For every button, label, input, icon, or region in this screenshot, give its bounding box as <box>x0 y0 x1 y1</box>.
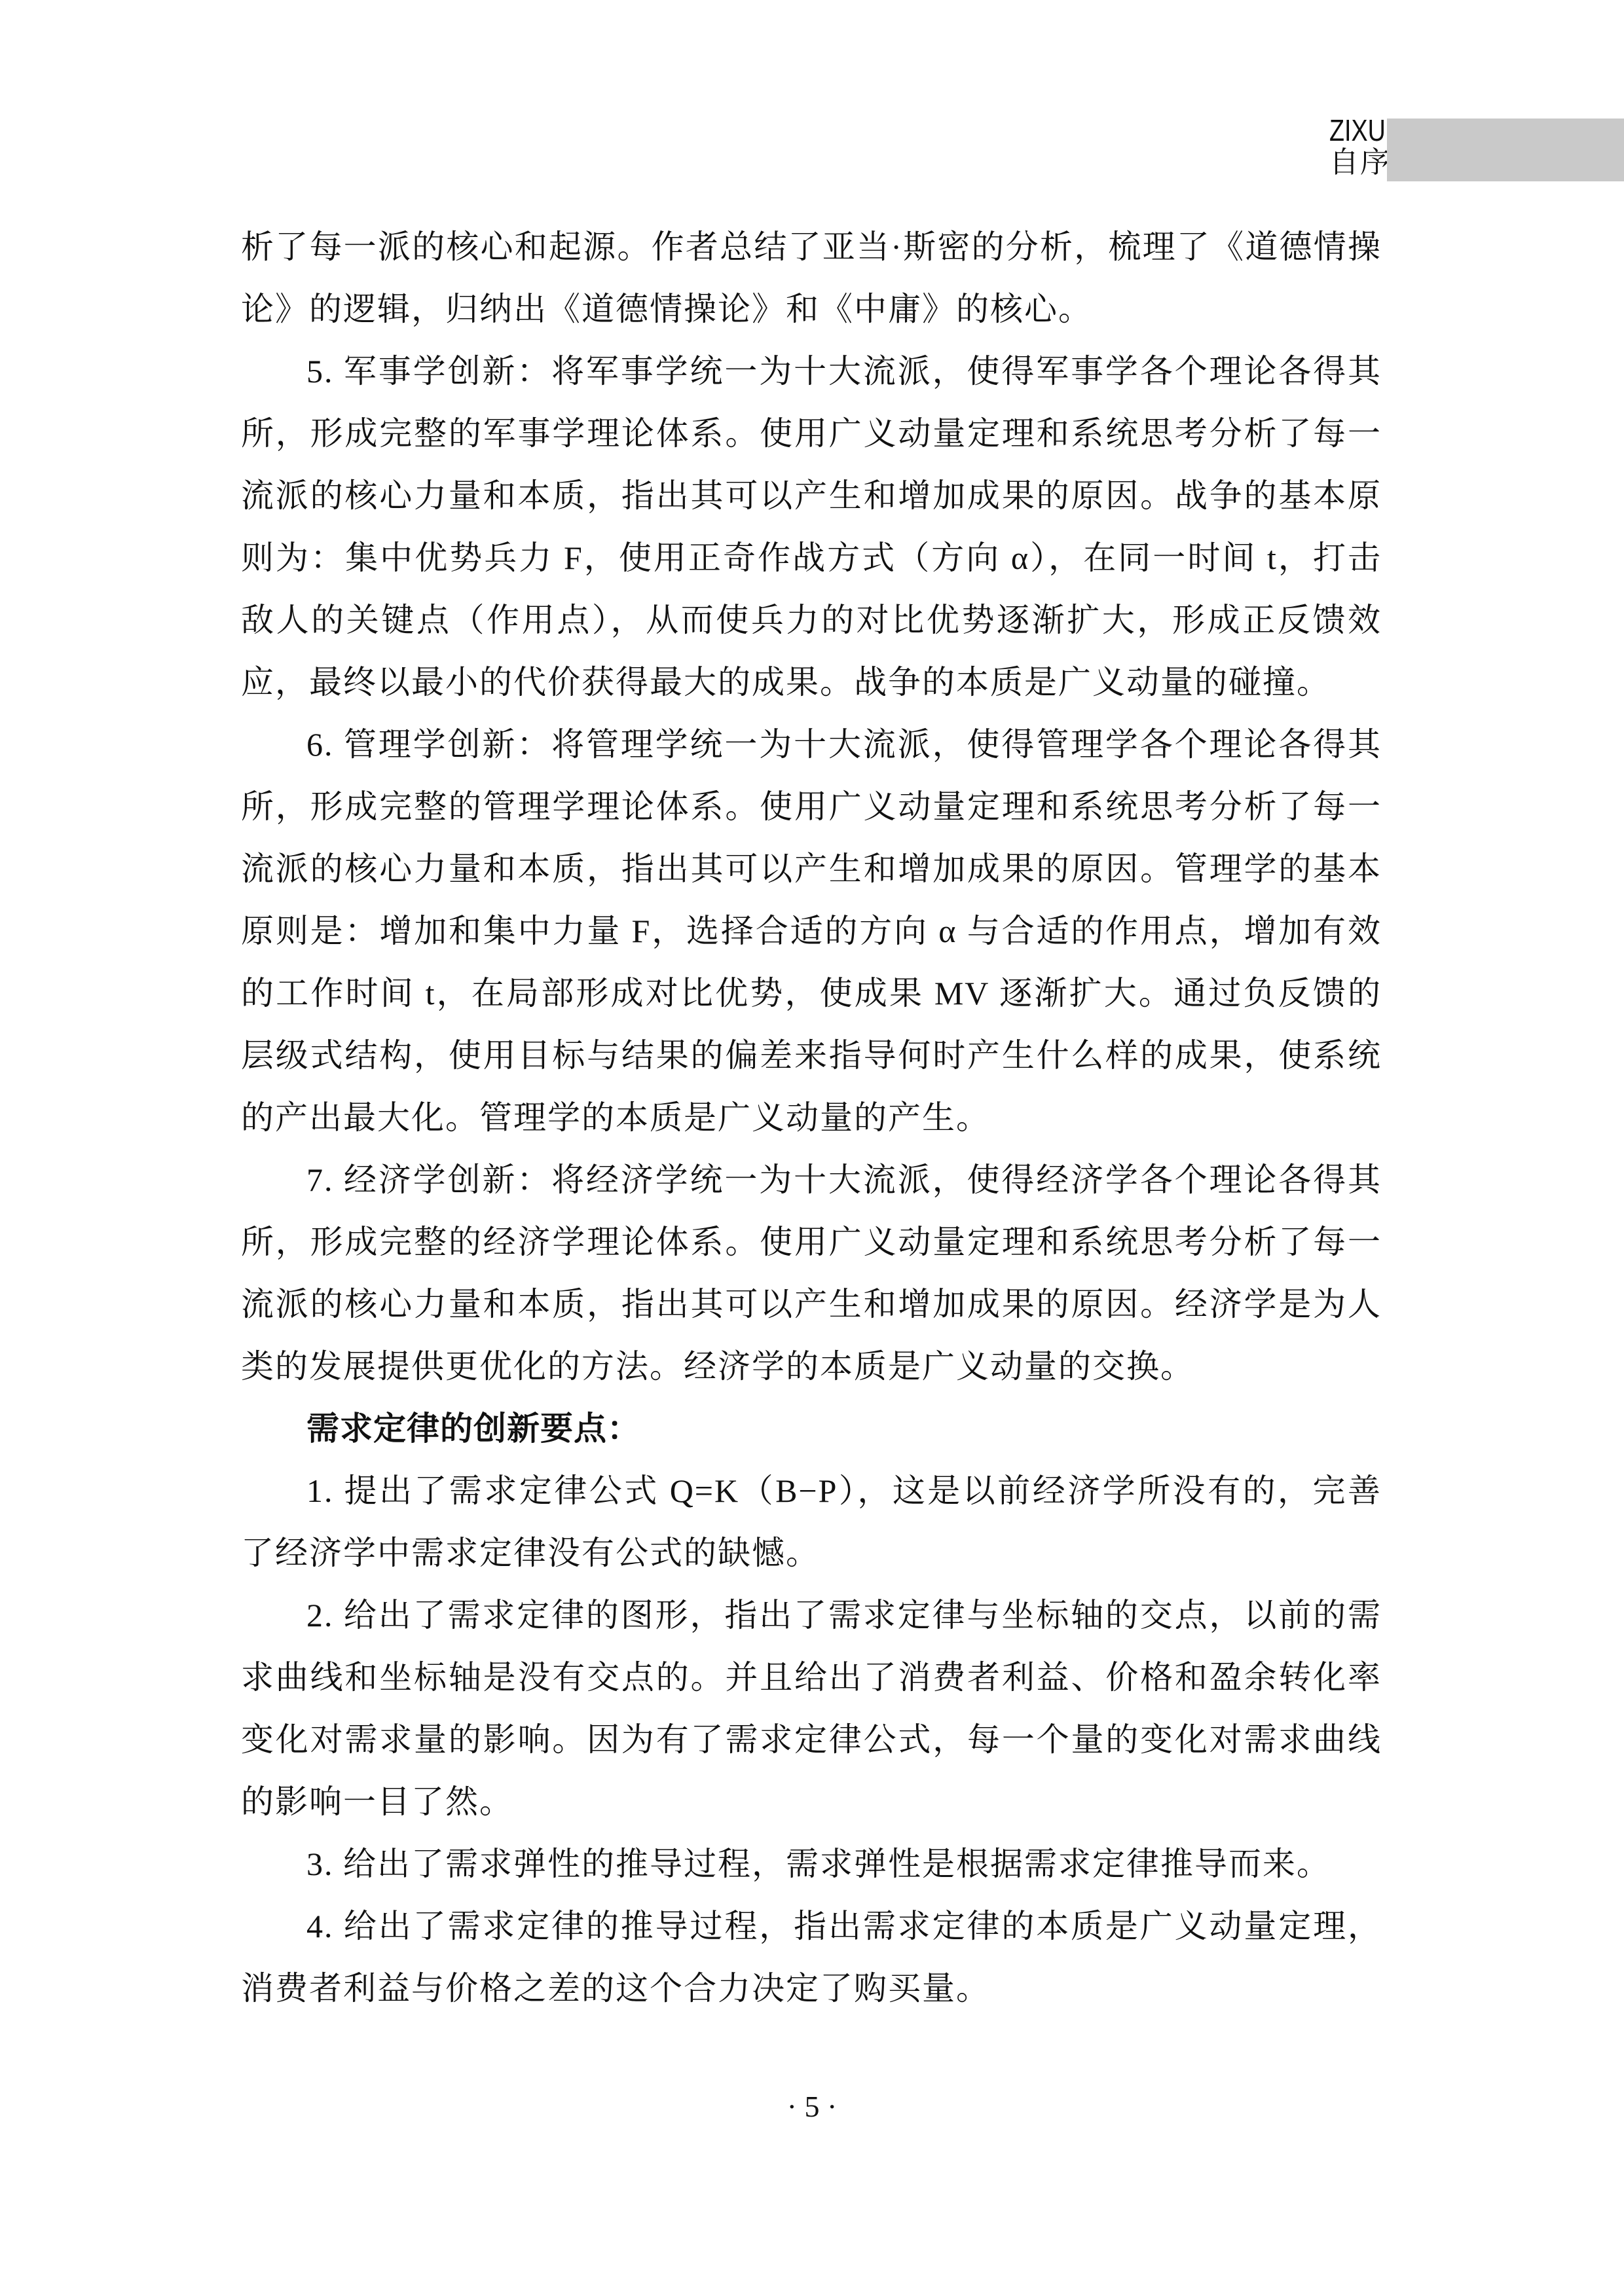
paragraph-demand-point-2: 2. 给出了需求定律的图形，指出了需求定律与坐标轴的交点，以前的需求曲线和坐标轴… <box>241 1584 1382 1833</box>
paragraph-item-7-economics: 7. 经济学创新：将经济学统一为十大流派，使得经济学各个理论各得其所，形成完整的… <box>241 1149 1382 1398</box>
paragraph-item-6-management: 6. 管理学创新：将管理学统一为十大流派，使得管理学各个理论各得其所，形成完整的… <box>241 714 1382 1149</box>
section-heading-demand-law: 需求定律的创新要点： <box>241 1398 1382 1460</box>
paragraph-demand-point-3: 3. 给出了需求弹性的推导过程，需求弹性是根据需求定律推导而来。 <box>241 1833 1382 1895</box>
header-decoration-bar <box>1387 118 1624 181</box>
paragraph-demand-point-4: 4. 给出了需求定律的推导过程，指出需求定律的本质是广义动量定理，消费者利益与价… <box>241 1895 1382 2020</box>
running-head-pinyin: ZIXU <box>1329 115 1386 146</box>
page-number: · 5 · <box>787 2090 838 2123</box>
paragraph-demand-point-1: 1. 提出了需求定律公式 Q=K（B−P），这是以前经济学所没有的，完善了经济学… <box>241 1460 1382 1584</box>
paragraph-continuation: 析了每一派的核心和起源。作者总结了亚当·斯密的分析，梳理了《道德情操论》的逻辑，… <box>241 216 1382 340</box>
page-footer: · 5 · <box>0 2087 1624 2126</box>
book-page: ZIXU 自序 析了每一派的核心和起源。作者总结了亚当·斯密的分析，梳理了《道德… <box>0 0 1624 2296</box>
body-text: 析了每一派的核心和起源。作者总结了亚当·斯密的分析，梳理了《道德情操论》的逻辑，… <box>241 216 1382 2020</box>
paragraph-item-5-military: 5. 军事学创新：将军事学统一为十大流派，使得军事学各个理论各得其所，形成完整的… <box>241 340 1382 714</box>
